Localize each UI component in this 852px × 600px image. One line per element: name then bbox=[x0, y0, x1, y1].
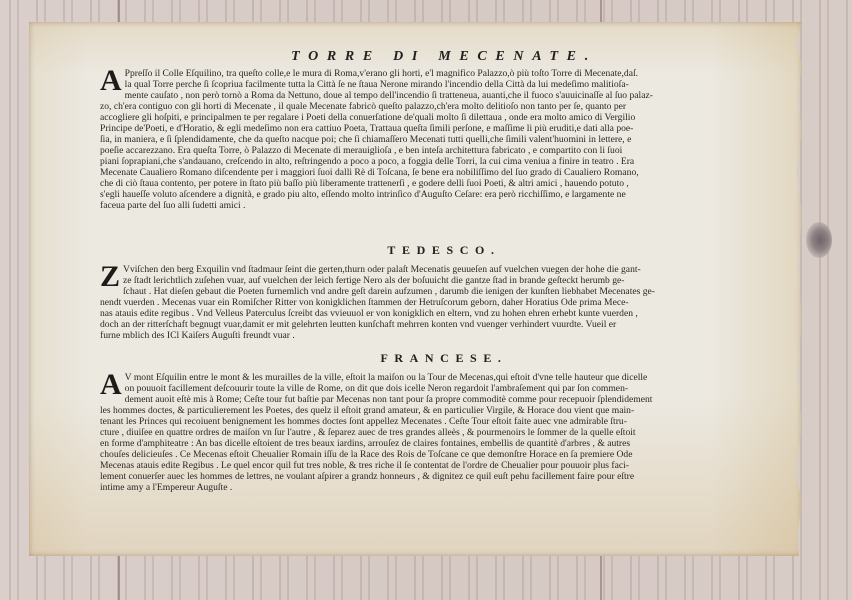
text-line: la qual Torre perche ſi ſcopriua facilme… bbox=[125, 79, 788, 90]
wood-knot bbox=[806, 222, 832, 258]
text-line: furne mblich des ICl Kaiſers Auguſti fre… bbox=[100, 330, 788, 341]
text-line: on pouuoit facillement deſcouurir toute … bbox=[125, 383, 788, 394]
text-line: Mecenas atauis edite Regibus . Le quel e… bbox=[100, 460, 788, 471]
text-line: Mecenate Caualiero Romano diſcendente pe… bbox=[100, 167, 788, 178]
drop-cap: A bbox=[100, 373, 122, 397]
text-line: Principe de'Poeti, e d'Horatio, & egli m… bbox=[100, 123, 788, 134]
paragraph-german: Z Vviſchen den berg Exquilin vnd ſtadmau… bbox=[100, 264, 788, 341]
text-line: zo, ch'era contiguo con gli horti di Mec… bbox=[100, 101, 788, 112]
paragraph-french: A V mont Eſquilin entre le mont & les mu… bbox=[100, 372, 788, 493]
text-line: poeſie accarezzano. Era queſta Torre, ò … bbox=[100, 145, 788, 156]
text-line: intime amy a l'Empereur Auguſte . bbox=[100, 482, 788, 493]
text-line: che di ciò ſtaua contento, per potere in… bbox=[100, 178, 788, 189]
text-line: doch an der ritterſchaft begnugt vuar,da… bbox=[100, 319, 788, 330]
text-line: mente cauſato , non però tornò a Roma da… bbox=[125, 90, 788, 101]
section-german: TEDESCO. Z Vviſchen den berg Exquilin vn… bbox=[100, 243, 788, 341]
section-title-italian: TORRE DI MECENATE. bbox=[100, 49, 788, 65]
text-line: cture , diuiſee en quattre ordres de mai… bbox=[100, 427, 788, 438]
section-italian: TORRE DI MECENATE. A Ppreſſo il Colle Eſ… bbox=[100, 49, 788, 211]
text-line: s'egli haueſſe voluto aſcendere a dignit… bbox=[100, 189, 788, 200]
paper-leaf: TORRE DI MECENATE. A Ppreſſo il Colle Eſ… bbox=[29, 22, 802, 556]
drop-cap: Z bbox=[100, 265, 120, 289]
text-line: chouſes delicieuſes . Ce Mecenas eſtoit … bbox=[100, 449, 788, 460]
text-line: tenant les Princes qui recoiuent benigne… bbox=[100, 416, 788, 427]
text-line: ze ſtadt lerichtlich zuſehen vuar, auf v… bbox=[123, 275, 788, 286]
section-french: FRANCESE. A V mont Eſquilin entre le mon… bbox=[100, 351, 788, 493]
text-line: faceua parte del ſuo alli ſudetti amici … bbox=[100, 200, 788, 211]
text-line: ſchaut . Hat dieſen gebaut die Poeten fu… bbox=[123, 286, 788, 297]
text-line: nendt vuerden . Mecenas vuar ein Romiſch… bbox=[100, 297, 788, 308]
text-line: en forme d'amphiteatre : An bas dicelle … bbox=[100, 438, 788, 449]
text-line: les hommes doctes, & particulierement le… bbox=[100, 405, 788, 416]
text-line: ſia, in maniera, e ſi ſplendidamente, ch… bbox=[100, 134, 788, 145]
text-line: nas atauis edite regibus . Vnd Velleus P… bbox=[100, 308, 788, 319]
text-line: accogliere gli hoſpiti, e principalmen t… bbox=[100, 112, 788, 123]
paragraph-italian: A Ppreſſo il Colle Eſquilino, tra queſto… bbox=[100, 68, 788, 211]
text-line: V mont Eſquilin entre le mont & les mura… bbox=[125, 372, 788, 383]
section-title-german: TEDESCO. bbox=[100, 243, 788, 258]
section-title-french: FRANCESE. bbox=[100, 351, 788, 366]
text-line: dement auoit eſtè mis à Rome; Ceſte tour… bbox=[125, 394, 788, 405]
drop-cap: A bbox=[100, 69, 122, 93]
text-line: piani ſoprapiani,che s'andauano, creſcen… bbox=[100, 156, 788, 167]
text-line: Ppreſſo il Colle Eſquilino, tra queſto c… bbox=[125, 68, 788, 79]
text-line: Vviſchen den berg Exquilin vnd ſtadmaur … bbox=[123, 264, 788, 275]
text-line: lement conuerſer auec les hommes de lett… bbox=[100, 471, 788, 482]
